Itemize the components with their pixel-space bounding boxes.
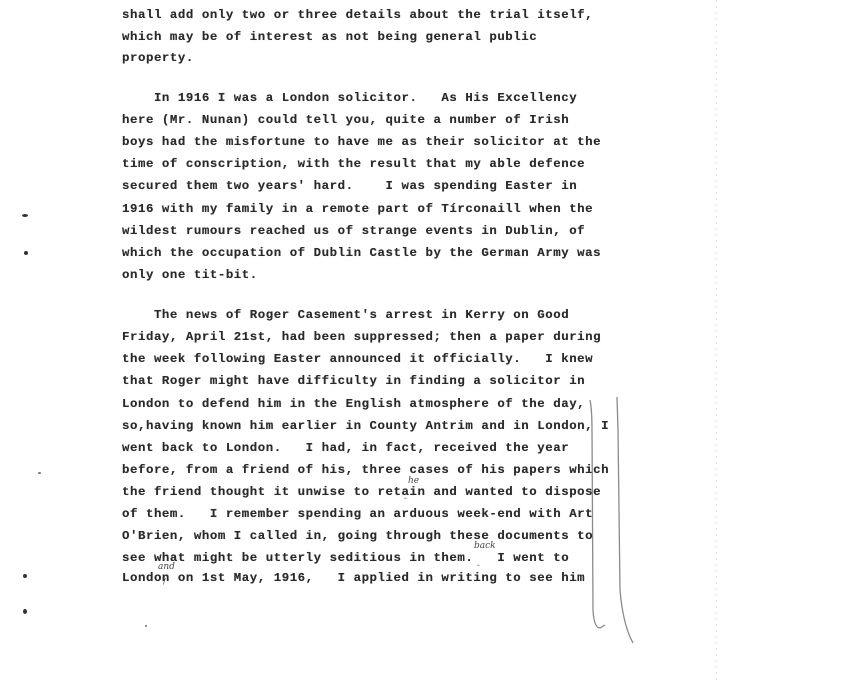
text-line: see what might be utterly seditious in t… [122, 551, 569, 565]
insertion-caret-icon: ‸ [477, 557, 480, 566]
handwritten-insertion: back [474, 541, 496, 551]
text-line: so,having known him earlier in County An… [122, 419, 609, 433]
text-line: The news of Roger Casement's arrest in K… [122, 308, 569, 322]
margin-speck [145, 625, 147, 627]
margin-speck [23, 609, 27, 614]
text-line: that Roger might have difficulty in find… [122, 374, 585, 388]
text-line: London on 1st May, 1916, I applied in wr… [122, 571, 585, 585]
text-line: which the occupation of Dublin Castle by… [122, 246, 601, 260]
text-line: before, from a friend of his, three case… [122, 463, 609, 477]
text-line: In 1916 I was a London solicitor. As His… [122, 91, 577, 105]
insertion-caret-icon: ‸ [404, 490, 407, 499]
text-line: of them. I remember spending an arduous … [122, 507, 593, 521]
text-line: 1916 with my family in a remote part of … [122, 202, 593, 216]
text-line: London to defend him in the English atmo… [122, 397, 585, 411]
text-line: Friday, April 21st, had been suppressed;… [122, 330, 601, 344]
page-edge-divider [716, 0, 717, 684]
margin-speck [24, 251, 28, 255]
text-line: which may be of interest as not being ge… [122, 30, 537, 44]
text-line: only one tit-bit. [122, 268, 258, 282]
text-line: here (Mr. Nunan) could tell you, quite a… [122, 113, 569, 127]
text-line: boys had the misfortune to have me as th… [122, 135, 601, 149]
handwritten-insertion: and [158, 562, 175, 572]
text-line: wildest rumours reached us of strange ev… [122, 224, 585, 238]
margin-speck [23, 574, 27, 578]
handwritten-insertion: he [408, 476, 419, 486]
text-line: O'Brien, whom I called in, going through… [122, 529, 593, 543]
insertion-slash-icon: / [163, 577, 166, 586]
text-line: shall add only two or three details abou… [122, 8, 593, 22]
margin-speck [38, 472, 41, 474]
text-line: the week following Easter announced it o… [122, 352, 593, 366]
text-line: went back to London. I had, in fact, rec… [122, 441, 569, 455]
pencil-margin-lines-icon [580, 390, 650, 660]
margin-speck [22, 214, 28, 217]
document-page: shall add only two or three details abou… [0, 0, 845, 684]
text-line: the friend thought it unwise to retain a… [122, 485, 601, 499]
text-line: property. [122, 51, 194, 65]
text-line: time of conscription, with the result th… [122, 157, 585, 171]
text-line: secured them two years' hard. I was spen… [122, 179, 577, 193]
